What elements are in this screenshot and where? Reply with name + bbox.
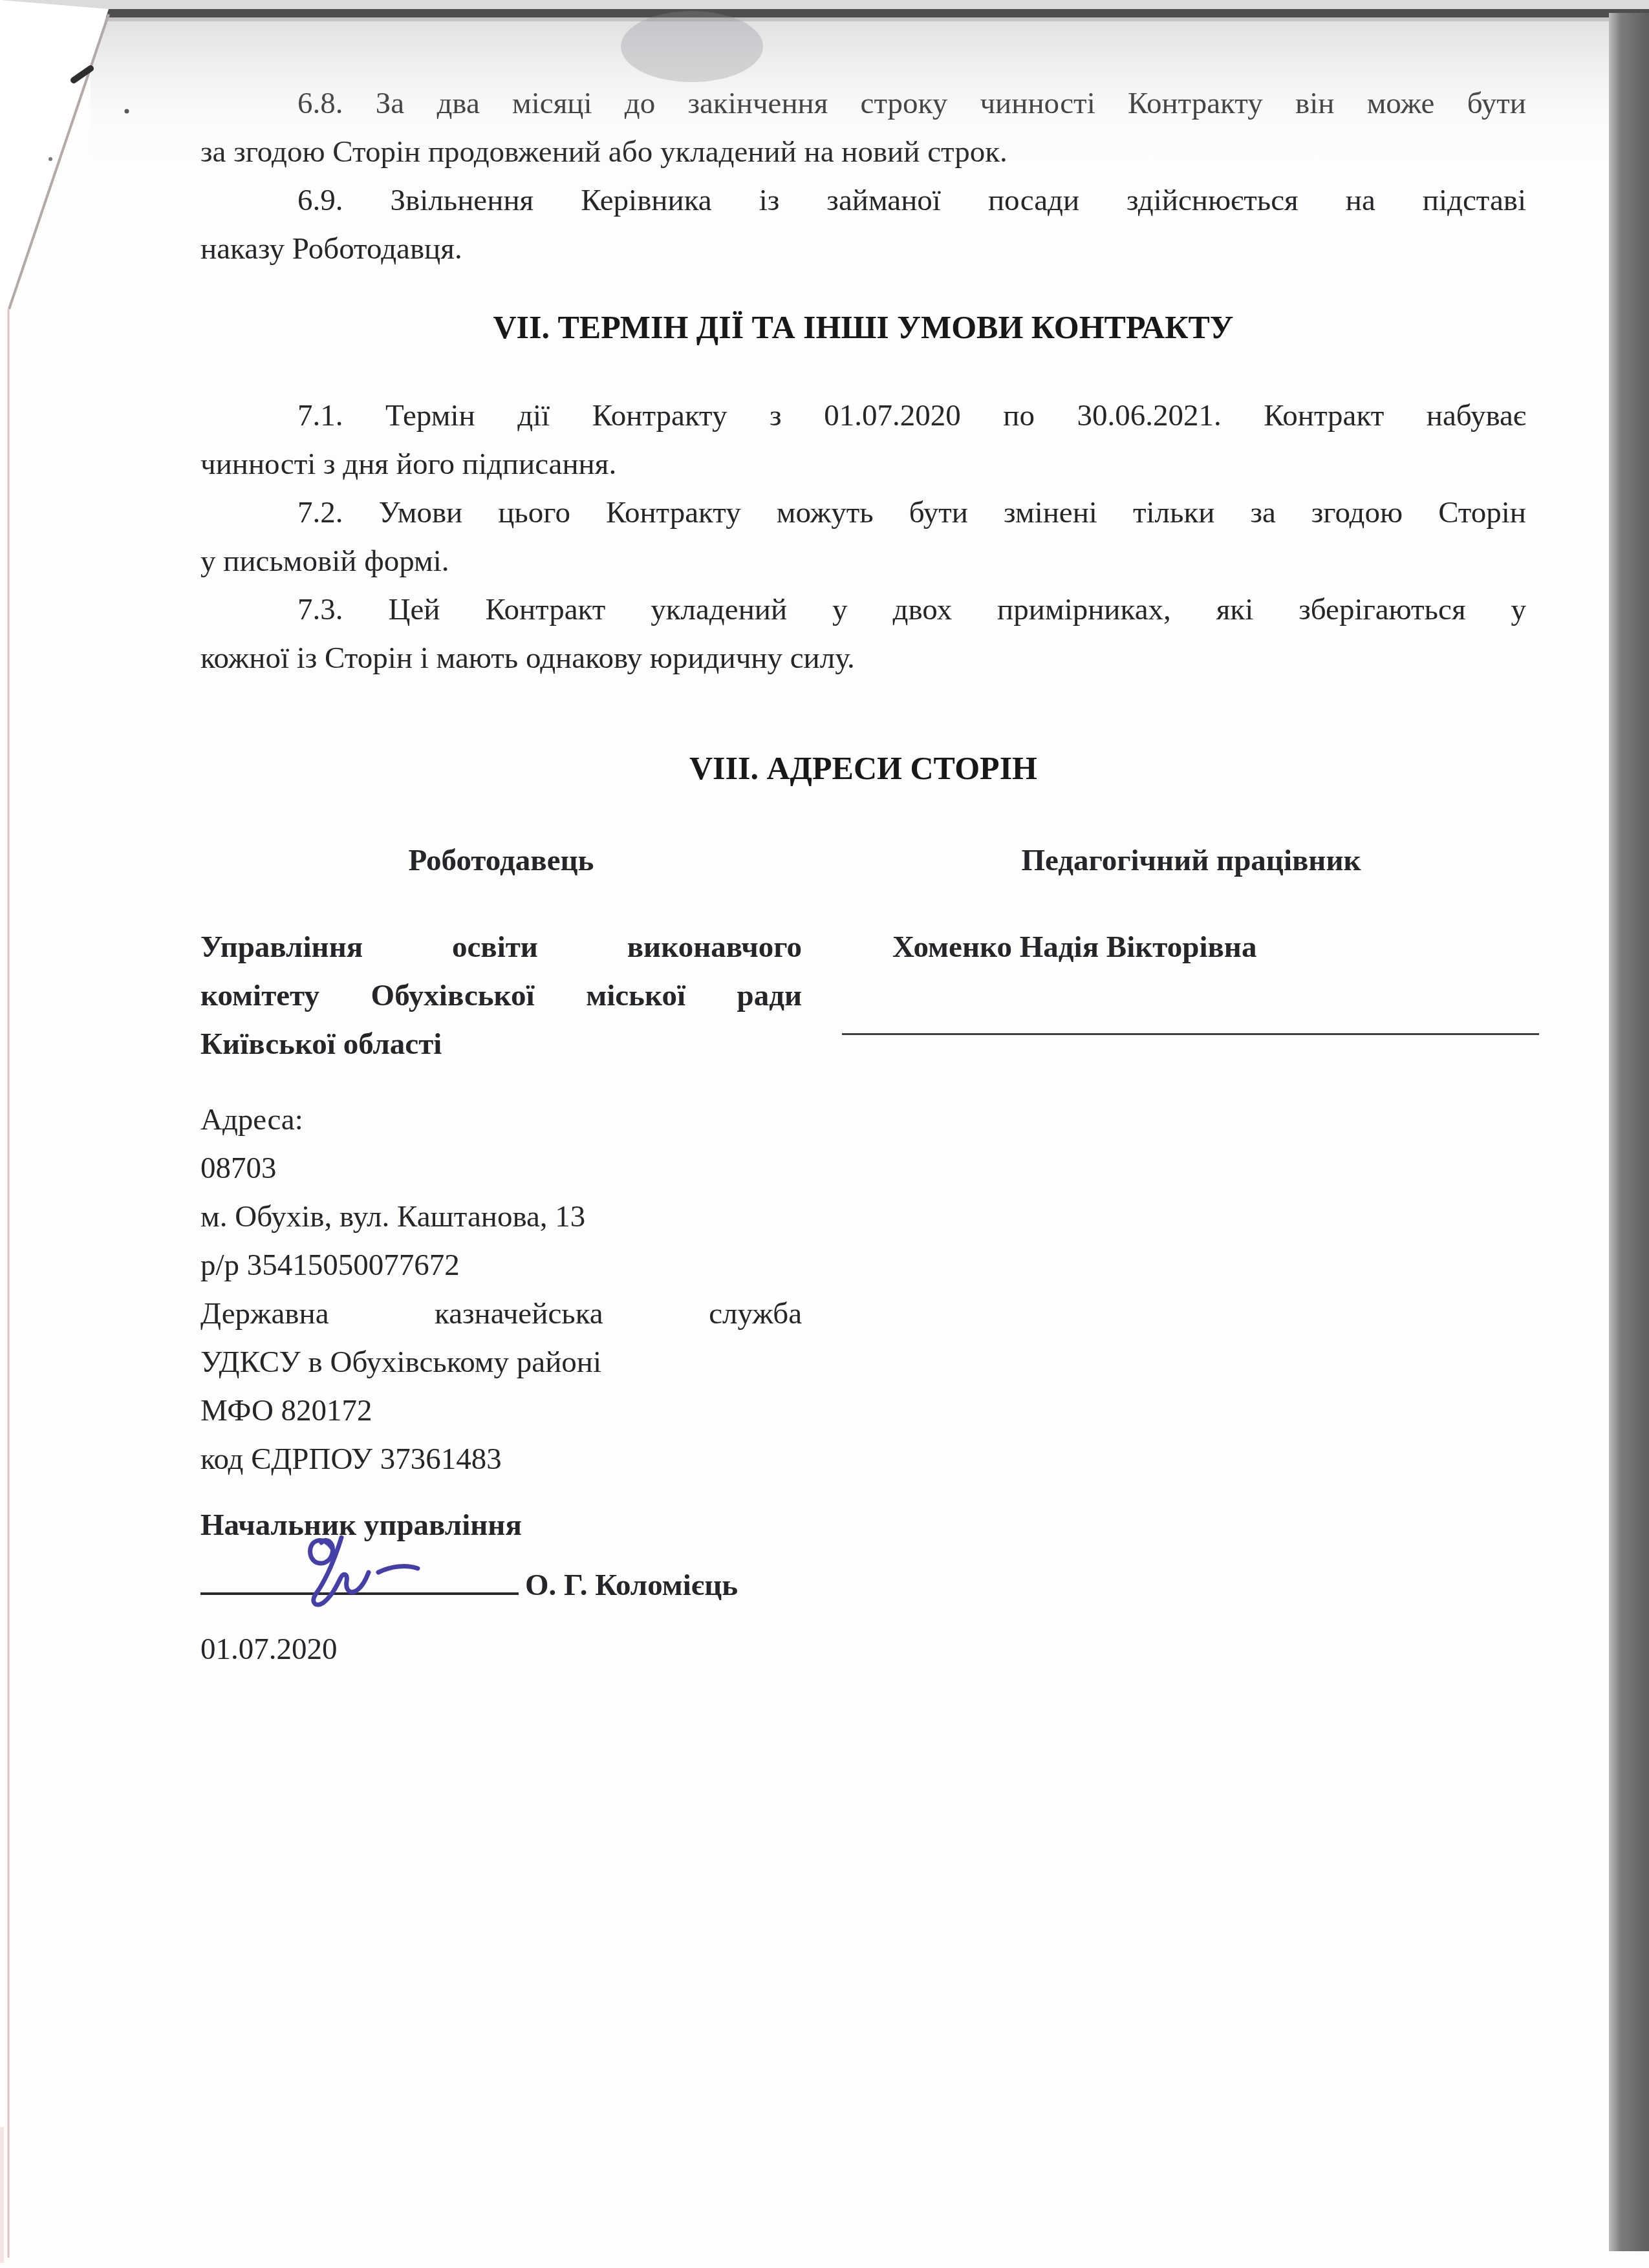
clause-7-1: 7.1. Термін дії Контракту з 01.07.2020 п… [200,392,1526,489]
clause-6-8: 6.8. За два місяці до закінчення строку … [200,80,1526,177]
treasury-service-line-1: Державна казначейська служба [200,1290,802,1338]
clause-7-3: 7.3. Цей Контракт укладений у двох примі… [200,586,1526,683]
employee-column-header: Педагогічний працівник [892,837,1539,885]
employee-column: Хоменко Надія Вікторівна [892,923,1539,1674]
signing-date: 01.07.2020 [200,1625,802,1674]
employer-address-block: Адреса: 08703 м. Обухів, вул. Каштанова,… [200,1096,802,1484]
edrpou-code: код ЄДРПОУ 37361483 [200,1435,802,1484]
street-address: м. Обухів, вул. Каштанова, 13 [200,1193,802,1241]
mfo-code: МФО 820172 [200,1387,802,1435]
signer-name: О. Г. Коломієць [525,1568,738,1602]
employee-name: Хоменко Надія Вікторівна [892,923,1539,972]
clause-6-9-line-2: наказу Роботодавця. [200,225,1526,273]
signature-row: О. Г. Коломієць [200,1561,802,1610]
corner-tick-mark [74,69,91,80]
clause-7-1-line-2: чинності з дня його підписання. [200,440,1526,489]
dust-speck [48,157,52,161]
right-scanner-band [1609,13,1649,2251]
clause-6-8-line-1: 6.8. За два місяці до закінчення строку … [200,80,1526,128]
treasury-service-line-2: УДКСУ в Обухівському районі [200,1338,802,1387]
clause-6-9-line-1: 6.9. Звільнення Керівника із займаної по… [200,177,1526,225]
document-content: 6.8. За два місяці до закінчення строку … [200,0,1526,1674]
party-details-row: Управління освіти виконавчого комітету О… [200,923,1526,1674]
clause-7-1-line-1: 7.1. Термін дії Контракту з 01.07.2020 п… [200,392,1526,440]
employer-column: Управління освіти виконавчого комітету О… [200,923,802,1674]
corner-paper-wedge [0,0,109,309]
address-label: Адреса: [200,1096,802,1144]
party-headers-row: Роботодавець Педагогічний працівник [200,837,1526,885]
org-name-line-3: Київської області [200,1020,802,1069]
clause-7-2-line-2: у письмовій формі. [200,537,1526,586]
clause-7-3-line-1: 7.3. Цей Контракт укладений у двох примі… [200,586,1526,634]
postal-code: 08703 [200,1144,802,1193]
bank-account: р/р 35415050077672 [200,1241,802,1290]
employer-column-header: Роботодавець [200,837,802,885]
org-name-line-2: комітету Обухівської міської ради [200,972,802,1020]
handwritten-signature-ink [291,1532,433,1616]
employee-signature-line [842,1033,1539,1035]
employer-organization: Управління освіти виконавчого комітету О… [200,923,802,1069]
clause-7-2-line-1: 7.2. Умови цього Контракту можуть бути з… [200,489,1526,537]
left-paper-edge-diagonal [9,14,109,309]
clause-7-3-line-2: кожної із Сторін і мають однакову юридич… [200,634,1526,683]
dust-speck [125,109,129,114]
column-gap [802,837,892,885]
section-8-heading: VIII. АДРЕСИ СТОРІН [200,744,1526,793]
section-7-heading: VII. ТЕРМІН ДІЇ ТА ІНШІ УМОВИ КОНТРАКТУ [200,303,1526,352]
org-name-line-1: Управління освіти виконавчого [200,923,802,972]
clause-7-2: 7.2. Умови цього Контракту можуть бути з… [200,489,1526,586]
column-gap [802,923,892,1674]
scanned-contract-page: 6.8. За два місяці до закінчення строку … [0,0,1649,2268]
clause-6-8-line-2: за згодою Сторін продовжений або укладен… [200,128,1526,177]
clause-6-9: 6.9. Звільнення Керівника із займаної по… [200,177,1526,273]
bottom-left-edge-tint [0,2127,4,2263]
